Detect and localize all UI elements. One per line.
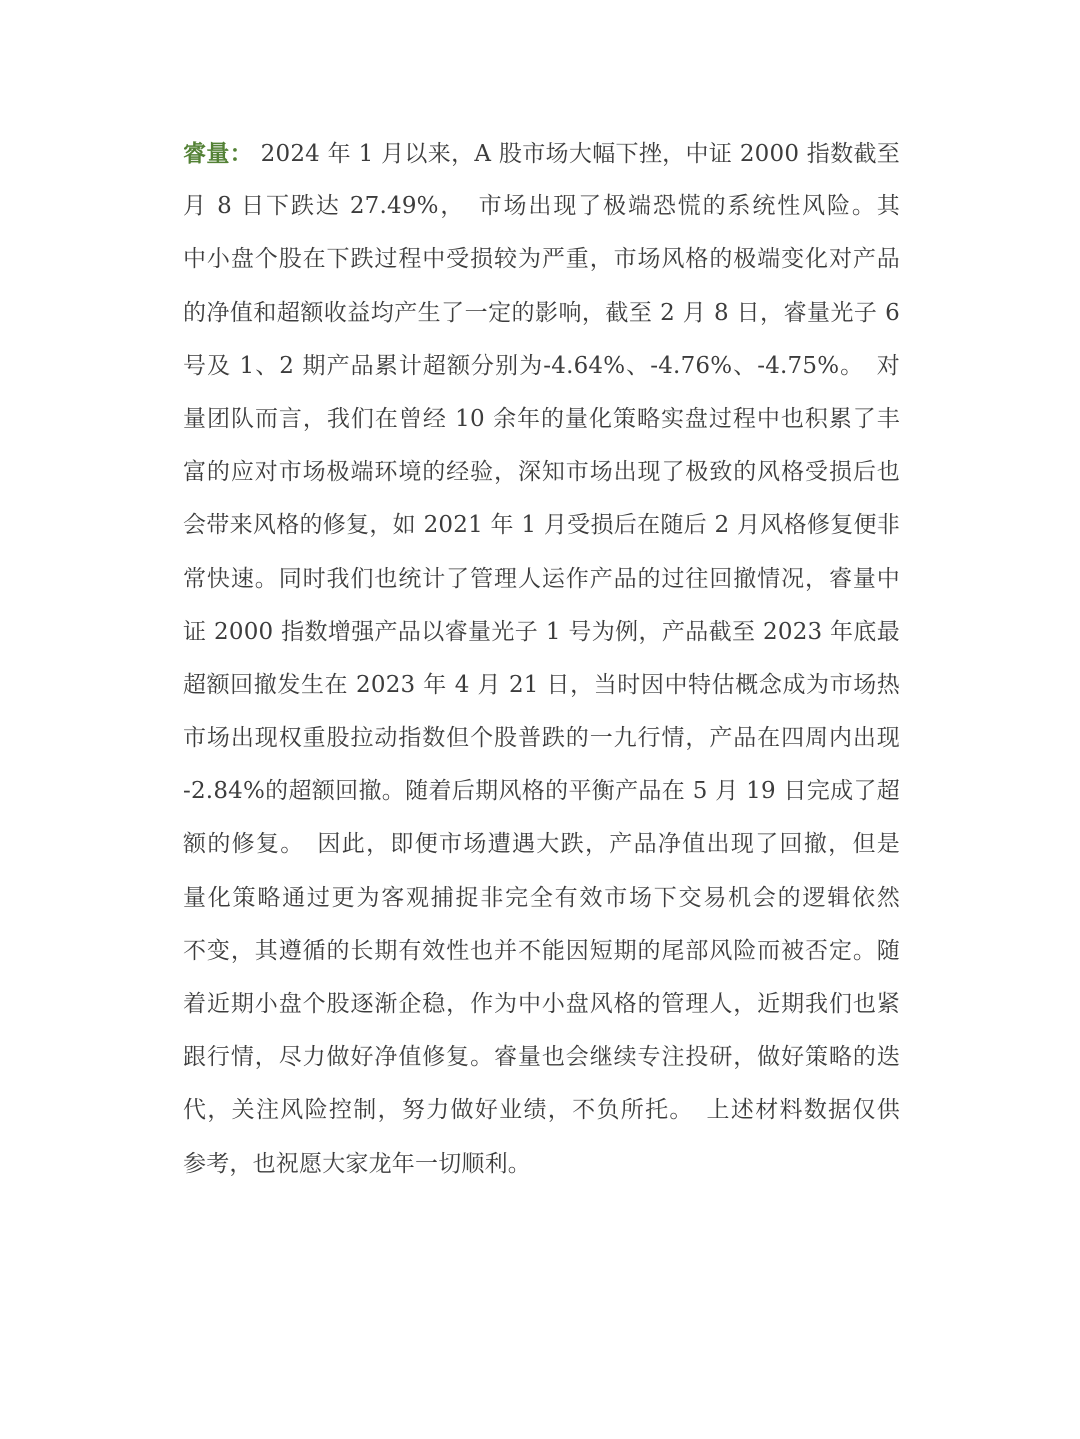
paragraph-line: 睿量： 2024 年 1 月以来，A 股市场大幅下挫，中证 2000 指数截至 … — [183, 127, 900, 180]
paragraph-line: 中小盘个股在下跌过程中受损较为严重，市场风格的极端变化对产品 — [183, 233, 900, 286]
paragraph-line-text: 2024 年 1 月以来，A 股市场大幅下挫，中证 2000 指数截至 2 — [183, 141, 900, 180]
paragraph-line: 常快速。同时我们也统计了管理人运作产品的过往回撤情况，睿量中 — [183, 553, 900, 606]
paragraph-line: 额的修复。 因此，即便市场遭遇大跌，产品净值出现了回撤，但是 — [183, 818, 900, 871]
paragraph-line: 号及 1、2 期产品累计超额分别为-4.64%、-4.76%、-4.75%。 对… — [183, 340, 900, 393]
manager-name-label: 睿量： — [183, 140, 253, 167]
paragraph-line: 会带来风格的修复，如 2021 年 1 月受损后在随后 2 月风格修复便非 — [183, 499, 900, 552]
document-page: 睿量： 2024 年 1 月以来，A 股市场大幅下挫，中证 2000 指数截至 … — [0, 0, 1080, 1439]
paragraph-line: 不变，其遵循的长期有效性也并不能因短期的尾部风险而被否定。随 — [183, 925, 900, 978]
paragraph-line: 着近期小盘个股逐渐企稳，作为中小盘风格的管理人，近期我们也紧 — [183, 978, 900, 1031]
paragraph-line: 证 2000 指数增强产品以睿量光子 1 号为例，产品截至 2023 年底最大 — [183, 606, 900, 659]
paragraph-line: 富的应对市场极端环境的经验，深知市场出现了极致的风格受损后也 — [183, 446, 900, 499]
paragraph-line: 的净值和超额收益均产生了一定的影响，截至 2 月 8 日，睿量光子 6 — [183, 287, 900, 340]
paragraph-line: 量团队而言，我们在曾经 10 余年的量化策略实盘过程中也积累了丰 — [183, 393, 900, 446]
paragraph-line: 市场出现权重股拉动指数但个股普跌的一九行情，产品在四周内出现 — [183, 712, 900, 765]
manager-commentary-paragraph: 睿量： 2024 年 1 月以来，A 股市场大幅下挫，中证 2000 指数截至 … — [183, 127, 900, 1191]
paragraph-line: 代，关注风险控制，努力做好业绩，不负所托。 上述材料数据仅供 — [183, 1084, 900, 1137]
paragraph-line: 超额回撤发生在 2023 年 4 月 21 日，当时因中特估概念成为市场热点， — [183, 659, 900, 712]
paragraph-line: 参考，也祝愿大家龙年一切顺利。 — [183, 1138, 900, 1191]
paragraph-line: 量化策略通过更为客观捕捉非完全有效市场下交易机会的逻辑依然 — [183, 872, 900, 925]
paragraph-line: 月 8 日下跌达 27.49%， 市场出现了极端恐慌的系统性风险。其中， — [183, 180, 900, 233]
paragraph-line: -2.84%的超额回撤。随着后期风格的平衡产品在 5 月 19 日完成了超 — [183, 765, 900, 818]
paragraph-line: 跟行情，尽力做好净值修复。睿量也会继续专注投研，做好策略的迭 — [183, 1031, 900, 1084]
